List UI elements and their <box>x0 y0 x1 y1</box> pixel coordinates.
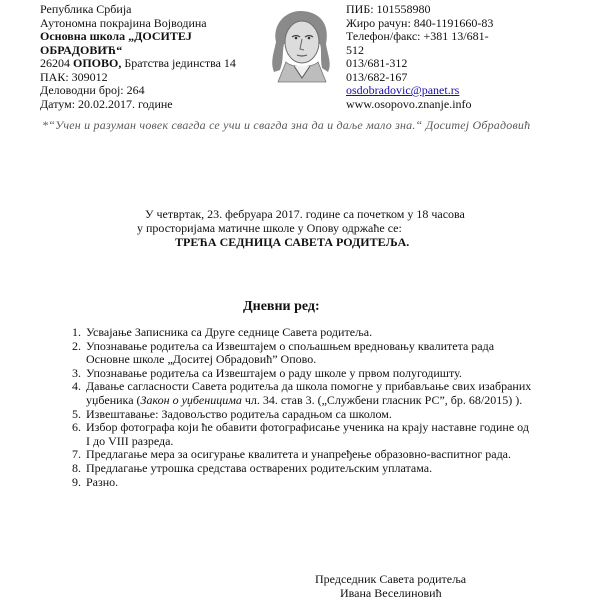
pak-text: ПАК: 309012 <box>40 71 236 85</box>
postal-code: 26204 <box>40 56 73 70</box>
announcement-line1: У четвртак, 23. фебруара 2017. године са… <box>145 208 465 222</box>
agenda-list: 1.Усвајање Записника са Друге седнице Са… <box>72 326 532 489</box>
agenda-item: 8.Предлагање утрошка средстава остварени… <box>72 462 532 476</box>
agenda-item: 4.Давање сагласности Савета родитеља да … <box>72 380 532 407</box>
address-line: 26204 ОПОВО, Братства јединства 14 <box>40 57 236 71</box>
phone-text-2: 013/681-312 <box>346 57 496 71</box>
agenda-item: 5.Извештавање: Задовољство родитеља сара… <box>72 408 532 422</box>
motto-quote: *“Учен и разуман човек свагда се учи и с… <box>42 118 530 133</box>
country-text: Република Србија <box>40 3 236 17</box>
letterhead-right: ПИБ: 101558980 Жиро рачун: 840-1191660-8… <box>346 3 496 111</box>
announcement-line2: у просторијама матичне школе у Опову одр… <box>137 222 402 236</box>
letterhead-left: Република Србија Аутономна покрајина Вој… <box>40 3 236 111</box>
agenda-item: 3.Упознавање родитеља са Извештајем о ра… <box>72 367 532 381</box>
document-date: Датум: 20.02.2017. године <box>40 98 236 112</box>
phone-fax-text: Телефон/факс: +381 13/681-512 <box>346 30 496 57</box>
school-name-line1: Основна школа „ДОСИТЕЈ <box>40 30 236 44</box>
agenda-item: 7.Предлагање мера за осигурање квалитета… <box>72 448 532 462</box>
street-address: Братства јединства 14 <box>121 56 236 70</box>
pib-text: ПИБ: 101558980 <box>346 3 496 17</box>
agenda-item: 2.Упознавање родитеља са Извештајем о сп… <box>72 340 532 367</box>
town-name: ОПОВО, <box>73 56 121 70</box>
portrait-image <box>262 6 342 86</box>
agenda-title: Дневни ред: <box>243 299 320 315</box>
agenda-item: 1.Усвајање Записника са Друге седнице Са… <box>72 326 532 340</box>
school-name-line2: ОБРАДОВИЋ“ <box>40 44 236 58</box>
province-text: Аутономна покрајина Војводина <box>40 17 236 31</box>
agenda-item: 9.Разно. <box>72 476 532 490</box>
bank-account-text: Жиро рачун: 840-1191660-83 <box>346 17 496 31</box>
reference-number: Деловодни број: 264 <box>40 84 236 98</box>
law-title: Закон о уџбеницима <box>141 393 242 407</box>
email-link[interactable]: osdobradovic@panet.rs <box>346 83 459 97</box>
portrait-icon <box>262 6 342 86</box>
signature-role: Председник Савета родитеља <box>315 573 466 587</box>
meeting-title: ТРЕЋА СЕДНИЦА САВЕТА РОДИТЕЉА. <box>175 236 409 250</box>
phone-text-3: 013/682-167 <box>346 71 496 85</box>
website-text: www.osopovo.znanje.info <box>346 98 496 112</box>
signature-name: Ивана Веселиновић <box>340 587 442 601</box>
agenda-item: 6.Избор фотографа који ће обавити фотогр… <box>72 421 532 448</box>
